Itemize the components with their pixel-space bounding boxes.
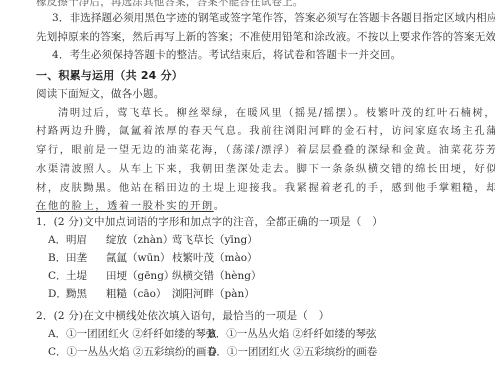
q2-option-c[interactable]: C．①一丛丛火焰 ②五彩缤纷的画卷 (48, 345, 217, 359)
option-word-1: 田垄 (66, 251, 87, 265)
option-word-1: 黝黑 (66, 287, 87, 301)
option-letter: C． (48, 270, 67, 282)
question-2-stem: 2．(2 分)在文中横线处依次填入语句，最恰当的一项是（ ） (36, 309, 329, 323)
instruction-item-3: 3．非选择题必须用黑色字迹的钢笔或签字笔作答，答案必须写在答题卡各题目指定区域内… (52, 11, 495, 25)
option-letter: A． (48, 234, 66, 246)
q2-option-a[interactable]: A．①一团团红火 ②纤纤如缕的琴弦 (48, 327, 216, 341)
option-letter: B． (48, 252, 66, 264)
option-text: ①一丛丛火焰 ②五彩缤纷的画卷 (67, 346, 217, 358)
option-word-2: 氤氲（wūn） (106, 251, 171, 265)
passage-line-5: 材，皮肤黝黑。他站在稻田边的土堤上迎接我。我紧握着老孔的手，感到他手掌粗糙，却很… (36, 181, 495, 195)
passage-text: 。 (214, 200, 226, 212)
q1-option-b[interactable]: B． 田垄 氤氲（wūn） 枝繁叶茂（mào） (48, 251, 66, 265)
option-letter: A． (48, 328, 66, 340)
option-word-3: 莺飞草长（yīng） (172, 233, 258, 247)
option-text: ①一团团红火 ②纤纤如缕的琴弦 (66, 328, 216, 340)
option-word-3: 纵横交错（hèng） (172, 269, 261, 283)
exam-page: 橡皮擦干净后，再选涂其他答案，答案不能答在试卷上。 3．非选择题必须用黑色字迹的… (0, 0, 495, 370)
option-letter: B． (208, 328, 226, 340)
option-letter: D． (48, 288, 67, 300)
section-heading: 一、积累与运用（共 24 分） (36, 69, 183, 83)
option-text: ①一丛丛火焰 ②纤纤如缕的琴弦 (226, 328, 376, 340)
option-word-2: 田埂（gēng） (106, 269, 174, 283)
instruction-line-cut: 橡皮擦干净后，再选涂其他答案，答案不能答在试卷上。 (36, 0, 304, 9)
q2-option-b[interactable]: B．①一丛丛火焰 ②纤纤如缕的琴弦 (208, 327, 377, 341)
passage-line-2: 村路两边升腾，氤氲着浓厚的春天气息。我前往浏阳河畔的金石村，访问家庭农场主孔蒲中… (36, 124, 495, 138)
option-word-2: 粗糙（cāo） (106, 287, 166, 301)
passage-line-1: 清明过后，莺飞草长。柳丝翠绿，在暖风里（摇晃/摇摆）。枝繁叶茂的红叶石楠树，绽放… (58, 106, 495, 120)
passage-text: 材，皮肤黝黑。他站在稻田边的土堤上迎接我。我紧握着老孔的手，感到他手掌粗糙，却很… (36, 182, 495, 194)
passage-text: 水渠清波照人。从车上下来，我朝田垄深处走去。脚下一条条纵横交错的绵长田埂，好似 (36, 163, 495, 175)
instruction-item-3-cont: 先划掉原来的答案，然后再写上新的答案；不准使用铅笔和涂改液。不按以上要求作答的答… (36, 30, 495, 44)
option-word-3: 浏阳河畔（pàn） (172, 287, 255, 301)
q1-option-d[interactable]: D． 黝黑 粗糙（cāo） 浏阳河畔（pàn） (48, 287, 67, 301)
option-letter: C． (48, 346, 67, 358)
underlined-sentence: 在他的脸上，透着一股朴实的开朗 (36, 200, 214, 212)
option-word-2: 绽放（zhàn） (106, 233, 173, 247)
option-word-1: 土堤 (66, 269, 87, 283)
question-1-stem: 1．(2 分)文中加点词语的字形和加点字的注音，全都正确的一项是（ ） (36, 215, 383, 229)
passage-line-4: 水渠清波照人。从车上下来，我朝田垄深处走去。脚下一条条纵横交错的绵长田埂，好似②… (36, 162, 495, 176)
passage-line-6: 在他的脸上，透着一股朴实的开朗。 (36, 199, 226, 213)
option-letter: D． (208, 346, 227, 358)
reading-prompt: 阅读下面短文，做各小题。 (36, 87, 164, 101)
option-text: ①一团团红火 ②五彩缤纷的画卷 (227, 346, 377, 358)
instruction-item-4: 4．考生必须保持答题卡的整洁。考试结束后，将试卷和答题卡一并交回。 (52, 48, 401, 62)
option-word-3: 枝繁叶茂（mào） (172, 251, 258, 265)
passage-line-3: 穿行，眼前是一望无边的油菜花海，（荡漾/漂浮）着层层叠叠的深绿和金黄。油菜花芬芳… (36, 143, 495, 157)
q1-option-c[interactable]: C． 土堤 田埂（gēng） 纵横交错（hèng） (48, 269, 67, 283)
option-word-1: 明眉 (66, 233, 87, 247)
passage-text: 清明过后，莺飞草长。柳丝翠绿，在暖风里（摇晃/摇摆）。枝繁叶茂的红叶石楠树，绽放… (58, 107, 495, 119)
q2-option-d[interactable]: D．①一团团红火 ②五彩缤纷的画卷 (208, 345, 377, 359)
q1-option-a[interactable]: A． 明眉 绽放（zhàn） 莺飞草长（yīng） (48, 233, 66, 247)
